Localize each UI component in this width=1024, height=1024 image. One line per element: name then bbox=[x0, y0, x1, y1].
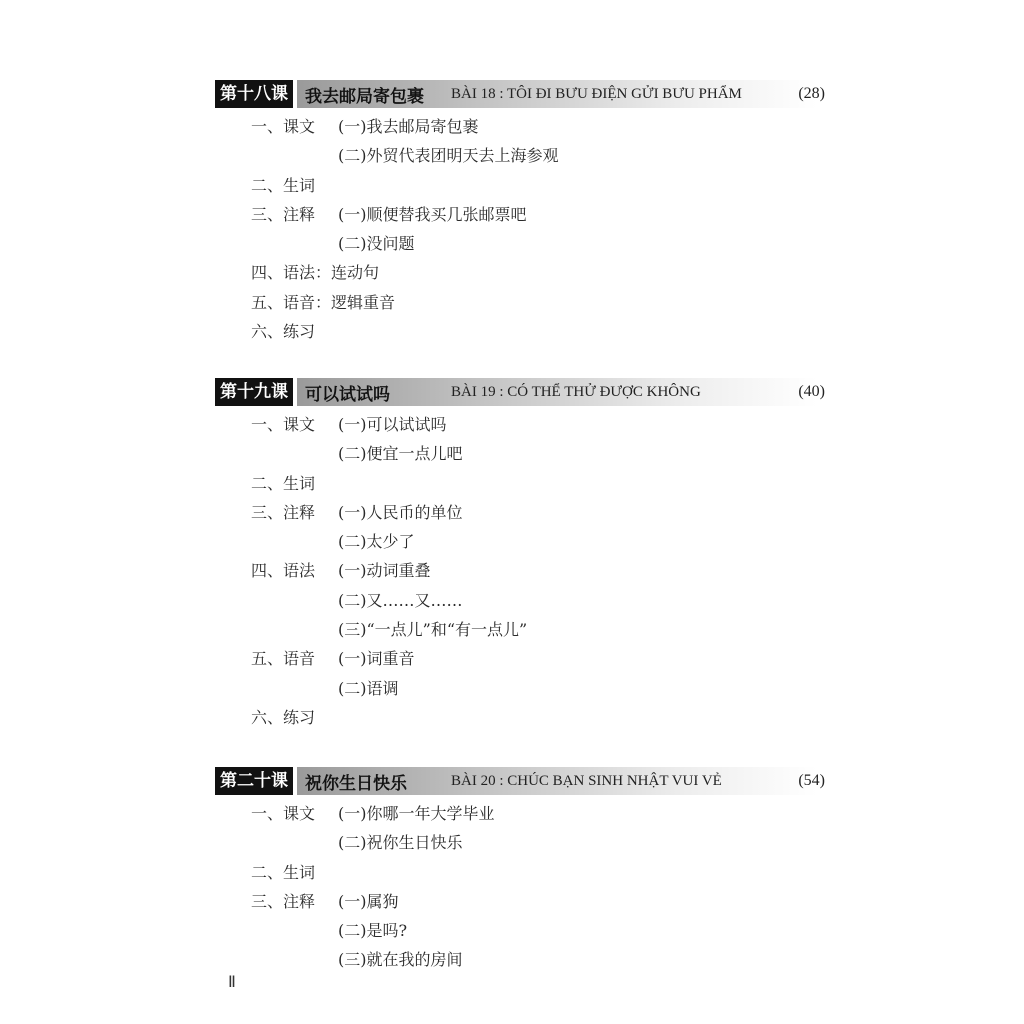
lesson-section: 第二十课祝你生日快乐BÀI 20 : CHÚC BẠN SINH NHẬT VU… bbox=[215, 767, 835, 975]
section-label: 五、语音：逻辑重音 bbox=[251, 288, 395, 317]
section-label: 三、注释 bbox=[251, 200, 315, 229]
toc-entry: (二)语调 bbox=[215, 674, 835, 703]
toc-entry: 六、练习 bbox=[215, 703, 835, 732]
lesson-title-bar: 可以试试吗BÀI 19 : CÓ THỂ THỬ ĐƯỢC KHÔNG bbox=[297, 378, 817, 406]
toc-entry: (二)便宜一点儿吧 bbox=[215, 439, 835, 468]
toc-entry: 一、课文(一)可以试试吗 bbox=[215, 410, 835, 439]
toc-entry: 一、课文(一)你哪一年大学毕业 bbox=[215, 799, 835, 828]
section-label: 三、注释 bbox=[251, 498, 315, 527]
toc-entry: 三、注释(一)人民币的单位 bbox=[215, 498, 835, 527]
lesson-title-vietnamese: BÀI 19 : CÓ THỂ THỬ ĐƯỢC KHÔNG bbox=[451, 384, 701, 401]
subsection-label: (二)没问题 bbox=[338, 229, 415, 258]
lesson-title-chinese: 可以试试吗 bbox=[305, 380, 445, 405]
toc-entry: 五、语音(一)词重音 bbox=[215, 644, 835, 673]
subsection-label: (一)属狗 bbox=[338, 887, 399, 916]
subsection-label: (三)“一点儿”和“有一点儿” bbox=[338, 615, 527, 644]
toc-entry: 三、注释(一)属狗 bbox=[215, 887, 835, 916]
toc-entry: (二)祝你生日快乐 bbox=[215, 828, 835, 857]
subsection-label: (二)外贸代表团明天去上海参观 bbox=[338, 141, 559, 170]
lesson-contents: 一、课文(一)可以试试吗(二)便宜一点儿吧二、生词三、注释(一)人民币的单位(二… bbox=[215, 410, 835, 732]
section-label: 二、生词 bbox=[251, 469, 315, 498]
section-label: 二、生词 bbox=[251, 171, 315, 200]
section-label: 二、生词 bbox=[251, 858, 315, 887]
subsection-label: (一)动词重叠 bbox=[338, 556, 431, 585]
toc-entry: 二、生词 bbox=[215, 469, 835, 498]
lesson-number: 第十九课 bbox=[215, 378, 293, 406]
toc-entry: 四、语法(一)动词重叠 bbox=[215, 556, 835, 585]
subsection-label: (二)便宜一点儿吧 bbox=[338, 439, 463, 468]
lesson-section: 第十九课可以试试吗BÀI 19 : CÓ THỂ THỬ ĐƯỢC KHÔNG(… bbox=[215, 378, 835, 732]
subsection-label: (一)顺便替我买几张邮票吧 bbox=[338, 200, 527, 229]
toc-entry: 四、语法：连动句 bbox=[215, 258, 835, 287]
lesson-header: 第二十课祝你生日快乐BÀI 20 : CHÚC BẠN SINH NHẬT VU… bbox=[215, 767, 835, 795]
lesson-page-number: (28) bbox=[798, 80, 825, 108]
toc-entry: (二)太少了 bbox=[215, 527, 835, 556]
subsection-label: (一)词重音 bbox=[338, 644, 415, 673]
section-label: 六、练习 bbox=[251, 703, 315, 732]
toc-entry: 一、课文(一)我去邮局寄包裹 bbox=[215, 112, 835, 141]
lesson-title-bar: 我去邮局寄包裹BÀI 18 : TÔI ĐI BƯU ĐIỆN GỬI BƯU … bbox=[297, 80, 817, 108]
lesson-contents: 一、课文(一)你哪一年大学毕业(二)祝你生日快乐二、生词三、注释(一)属狗(二)… bbox=[215, 799, 835, 975]
lesson-contents: 一、课文(一)我去邮局寄包裹(二)外贸代表团明天去上海参观二、生词三、注释(一)… bbox=[215, 112, 835, 346]
toc-entry: (三)“一点儿”和“有一点儿” bbox=[215, 615, 835, 644]
subsection-label: (一)人民币的单位 bbox=[338, 498, 463, 527]
subsection-label: (二)又……又…… bbox=[338, 586, 463, 615]
section-label: 五、语音 bbox=[251, 644, 315, 673]
toc-entry: (二)又……又…… bbox=[215, 586, 835, 615]
toc-entry: 二、生词 bbox=[215, 858, 835, 887]
lesson-title-bar: 祝你生日快乐BÀI 20 : CHÚC BẠN SINH NHẬT VUI VẺ bbox=[297, 767, 817, 795]
section-label: 六、练习 bbox=[251, 317, 315, 346]
toc-entry: (二)是吗? bbox=[215, 916, 835, 945]
subsection-label: (三)就在我的房间 bbox=[338, 945, 463, 974]
lesson-number: 第二十课 bbox=[215, 767, 293, 795]
lesson-title-chinese: 我去邮局寄包裹 bbox=[305, 82, 445, 107]
lesson-number: 第十八课 bbox=[215, 80, 293, 108]
toc-entry: 六、练习 bbox=[215, 317, 835, 346]
lesson-page-number: (40) bbox=[798, 378, 825, 406]
subsection-label: (二)语调 bbox=[338, 674, 399, 703]
page-number: Ⅱ bbox=[228, 972, 236, 992]
subsection-label: (一)可以试试吗 bbox=[338, 410, 447, 439]
toc-entry: 五、语音：逻辑重音 bbox=[215, 288, 835, 317]
section-label: 四、语法 bbox=[251, 556, 315, 585]
toc-entry: 二、生词 bbox=[215, 171, 835, 200]
section-label: 一、课文 bbox=[251, 799, 315, 828]
lesson-section: 第十八课我去邮局寄包裹BÀI 18 : TÔI ĐI BƯU ĐIỆN GỬI … bbox=[215, 80, 835, 346]
section-label: 一、课文 bbox=[251, 112, 315, 141]
subsection-label: (二)是吗? bbox=[338, 916, 407, 945]
subsection-label: (二)太少了 bbox=[338, 527, 415, 556]
lesson-header: 第十九课可以试试吗BÀI 19 : CÓ THỂ THỬ ĐƯỢC KHÔNG(… bbox=[215, 378, 835, 406]
lesson-title-chinese: 祝你生日快乐 bbox=[305, 769, 445, 794]
lesson-header: 第十八课我去邮局寄包裹BÀI 18 : TÔI ĐI BƯU ĐIỆN GỬI … bbox=[215, 80, 835, 108]
toc-entry: 三、注释(一)顺便替我买几张邮票吧 bbox=[215, 200, 835, 229]
toc-entry: (三)就在我的房间 bbox=[215, 945, 835, 974]
section-label: 四、语法：连动句 bbox=[251, 258, 379, 287]
section-label: 一、课文 bbox=[251, 410, 315, 439]
lesson-page-number: (54) bbox=[798, 767, 825, 795]
section-label: 三、注释 bbox=[251, 887, 315, 916]
lesson-title-vietnamese: BÀI 18 : TÔI ĐI BƯU ĐIỆN GỬI BƯU PHẨM bbox=[451, 86, 742, 103]
toc-entry: (二)外贸代表团明天去上海参观 bbox=[215, 141, 835, 170]
subsection-label: (一)你哪一年大学毕业 bbox=[338, 799, 495, 828]
subsection-label: (一)我去邮局寄包裹 bbox=[338, 112, 479, 141]
toc-entry: (二)没问题 bbox=[215, 229, 835, 258]
subsection-label: (二)祝你生日快乐 bbox=[338, 828, 463, 857]
lesson-title-vietnamese: BÀI 20 : CHÚC BẠN SINH NHẬT VUI VẺ bbox=[451, 773, 722, 790]
